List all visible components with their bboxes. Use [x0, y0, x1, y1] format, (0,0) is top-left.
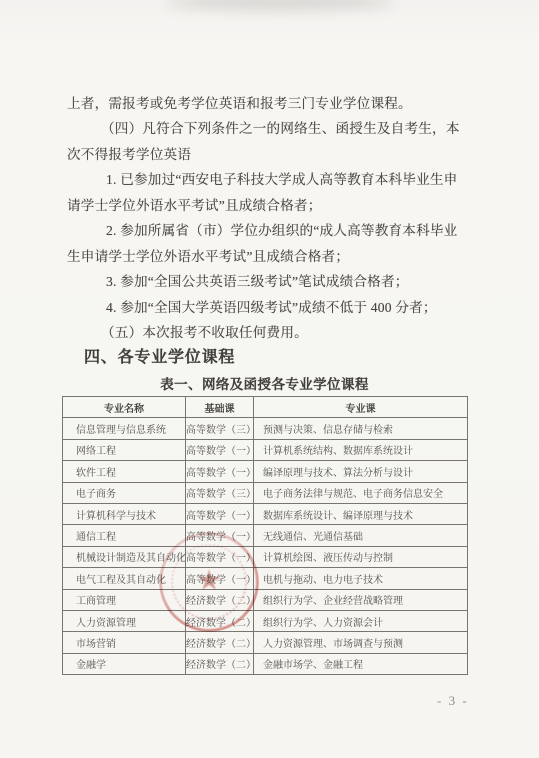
cell-major-name: 软件工程: [63, 461, 186, 482]
table-row: 通信工程 高等数学（一） 无线通信、光通信基础: [63, 525, 468, 546]
table-row: 工商管理 经济数学（二） 组织行为学、企业经营战略管理: [63, 589, 468, 610]
table-row: 信息管理与信息系统 高等数学（三） 预测与决策、信息存储与检索: [63, 418, 468, 439]
text-line: 1. 已参加过“西安电子科技大学成人高等教育本科毕业生申: [106, 167, 539, 192]
cell-basic-course: 高等数学（一）: [186, 503, 254, 524]
cell-basic-course: 高等数学（三）: [186, 418, 254, 439]
cell-major-name: 市场营销: [63, 632, 186, 653]
text-line: 上者，需报考或免考学位英语和报考三门专业学位课程。: [67, 91, 539, 116]
page-number: - 3 -: [437, 693, 469, 709]
cell-basic-course: 高等数学（一）: [186, 461, 254, 482]
cell-major-name: 计算机科学与技术: [63, 503, 186, 524]
body-text-block: 上者，需报考或免考学位英语和报考三门专业学位课程。 （四）凡符合下列条件之一的网…: [0, 91, 539, 396]
scan-shadow-artifact: [165, 0, 395, 9]
degree-courses-table: 专业名称 基础课 专业课 信息管理与信息系统 高等数学（三） 预测与决策、信息存…: [62, 396, 468, 675]
text-line: 次不得报考学位英语: [67, 142, 539, 167]
cell-major-name: 网络工程: [63, 439, 186, 460]
table-row: 网络工程 高等数学（一） 计算机系统结构、数据库系统设计: [63, 439, 468, 460]
cell-major-course: 编译原理与技术、算法分析与设计: [254, 461, 468, 482]
table-header-row: 专业名称 基础课 专业课: [63, 397, 468, 418]
cell-major-course: 计算机绘图、液压传动与控制: [254, 546, 468, 567]
table-title: 表一、网络及函授各专业学位课程: [62, 373, 467, 396]
text-line: 3. 参加“全国公共英语三级考试”笔试成绩合格者；: [106, 269, 539, 294]
cell-major-name: 金融学: [63, 653, 186, 674]
table-row: 电子商务 高等数学（三） 电子商务法律与规范、电子商务信息安全: [63, 482, 468, 503]
cell-major-name: 人力资源管理: [63, 610, 186, 631]
table-row: 市场营销 经济数学（二） 人力资源管理、市场调查与预测: [63, 632, 468, 653]
table-row: 计算机科学与技术 高等数学（一） 数据库系统设计、编译原理与技术: [63, 503, 468, 524]
text-line: （四）凡符合下列条件之一的网络生、函授生及自考生，本: [101, 116, 539, 141]
cell-major-course: 数据库系统设计、编译原理与技术: [254, 503, 468, 524]
cell-basic-course: 经济数学（二）: [186, 632, 254, 653]
cell-major-name: 电子商务: [63, 482, 186, 503]
text-line: （五）本次报考不收取任何费用。: [101, 320, 539, 345]
cell-major-course: 人力资源管理、市场调查与预测: [254, 632, 468, 653]
table-row: 金融学 经济数学（二） 金融市场学、金融工程: [63, 653, 468, 674]
section-heading: 四、各专业学位课程: [84, 345, 539, 371]
cell-major-course: 电子商务法律与规范、电子商务信息安全: [254, 482, 468, 503]
text-line: 4. 参加“全国大学英语四级考试”成绩不低于 400 分者；: [106, 295, 539, 320]
cell-major-name: 信息管理与信息系统: [63, 418, 186, 439]
scanned-document-page: 上者，需报考或免考学位英语和报考三门专业学位课程。 （四）凡符合下列条件之一的网…: [0, 0, 539, 758]
cell-major-course: 组织行为学、人力资源会计: [254, 610, 468, 631]
text-line: 请学士学位外语水平考试”且成绩合格者；: [67, 193, 539, 218]
table-row: 电气工程及其自动化 高等数学（一） 电机与拖动、电力电子技术: [63, 568, 468, 589]
table-row: 机械设计制造及其自动化 高等数学（一） 计算机绘图、液压传动与控制: [63, 546, 468, 567]
text-line: 生申请学士学位外语水平考试”且成绩合格者；: [67, 244, 539, 269]
col-header-major-course: 专业课: [254, 397, 468, 418]
table-row: 人力资源管理 经济数学（二） 组织行为学、人力资源会计: [63, 610, 468, 631]
cell-major-course: 无线通信、光通信基础: [254, 525, 468, 546]
col-header-major-name: 专业名称: [63, 397, 186, 418]
cell-major-course: 组织行为学、企业经营战略管理: [254, 589, 468, 610]
cell-major-course: 计算机系统结构、数据库系统设计: [254, 439, 468, 460]
text-line: 2. 参加所属省（市）学位办组织的“成人高等教育本科毕业: [106, 218, 539, 243]
cell-major-course: 电机与拖动、电力电子技术: [254, 568, 468, 589]
star-icon: ★: [196, 566, 221, 594]
col-header-basic-course: 基础课: [186, 397, 254, 418]
table-row: 软件工程 高等数学（一） 编译原理与技术、算法分析与设计: [63, 461, 468, 482]
cell-basic-course: 高等数学（一）: [186, 439, 254, 460]
cell-major-course: 金融市场学、金融工程: [254, 653, 468, 674]
cell-major-name: 通信工程: [63, 525, 186, 546]
cell-basic-course: 高等数学（三）: [186, 482, 254, 503]
cell-major-course: 预测与决策、信息存储与检索: [254, 418, 468, 439]
cell-basic-course: 经济数学（二）: [186, 653, 254, 674]
red-official-seal: ★: [159, 532, 259, 632]
